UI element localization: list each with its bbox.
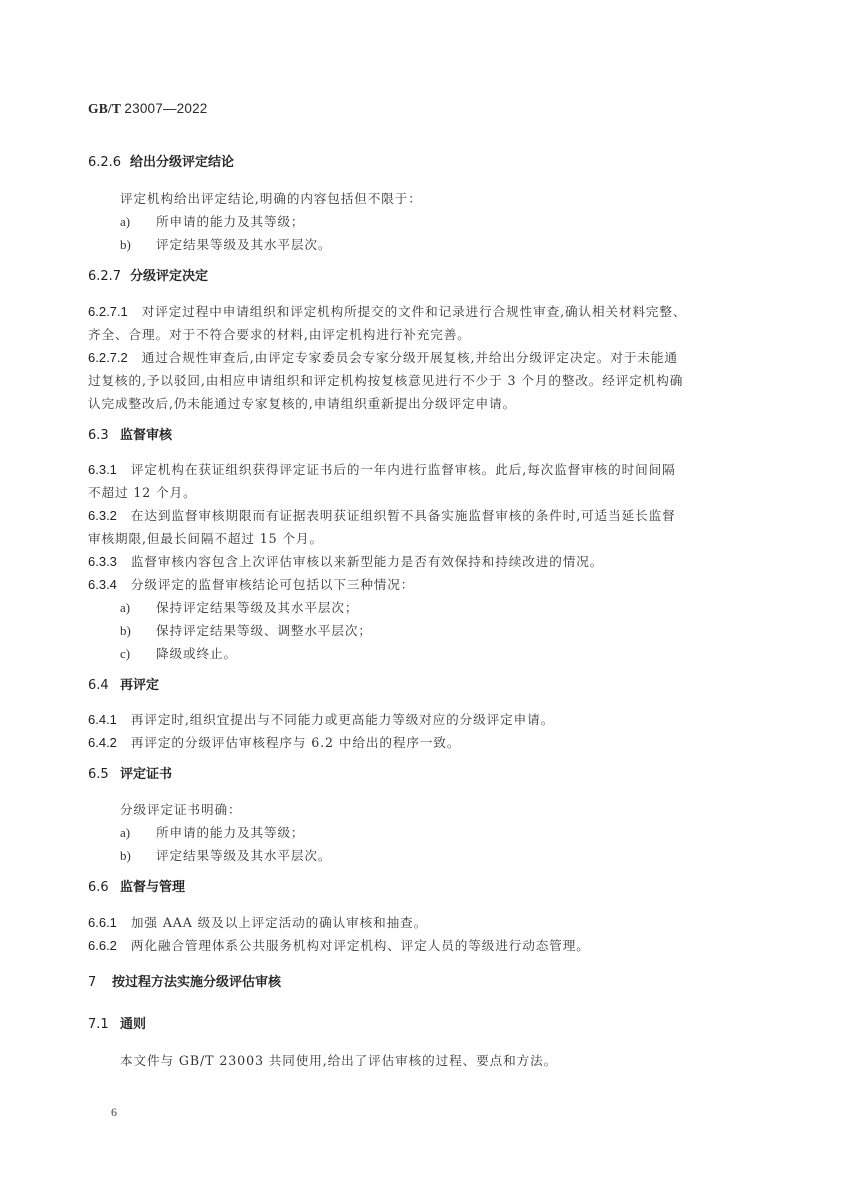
paragraph: 本文件与 GB/T 23003 共同使用,给出了评估审核的过程、要点和方法。 [120, 1050, 557, 1069]
document-page: GB/T 23007—2022 6.2.6给出分级评定结论 评定机构给出评定结论… [0, 0, 849, 1200]
clause-6-3-2: 6.3.2在达到监督审核期限而有证据表明获证组织暂不具备实施监督审核的条件时,可… [88, 505, 676, 524]
page-number: 6 [111, 1105, 117, 1120]
clause-line: 认完成整改后,仍未能通过专家复核的,申请组织重新提出分级评定申请。 [88, 393, 516, 412]
heading-6-4: 6.4再评定 [88, 674, 159, 693]
clause-6-2-7-1: 6.2.7.1对评定过程中申请组织和评定机构所提交的文件和记录进行合规性审查,确… [88, 301, 686, 320]
clause-line: 齐全、合理。对于不符合要求的材料,由评定机构进行补充完善。 [88, 324, 471, 343]
clause-6-3-4: 6.3.4分级评定的监督审核结论可包括以下三种情况： [88, 574, 414, 593]
clause-6-6-1: 6.6.1加强 AAA 级及以上评定活动的确认审核和抽查。 [88, 912, 427, 931]
clause-6-3-3: 6.3.3监督审核内容包含上次评估审核以来新型能力是否有效保持和持续改进的情况。 [88, 551, 603, 570]
list-item: b)保持评定结果等级、调整水平层次； [120, 620, 372, 639]
clause-line: 审核期限,但最长间隔不超过 15 个月。 [88, 528, 323, 547]
list-item: b)评定结果等级及其水平层次。 [120, 845, 331, 864]
heading-6-6: 6.6监督与管理 [88, 876, 185, 895]
list-item: b)评定结果等级及其水平层次。 [120, 234, 331, 253]
list-item: a)保持评定结果等级及其水平层次； [120, 597, 358, 616]
clause-line: 不超过 12 个月。 [88, 482, 197, 501]
standard-code: GB/T 23007—2022 [88, 101, 207, 117]
standard-code-number: 23007—2022 [124, 101, 207, 116]
clause-6-4-1: 6.4.1再评定时,组织宜提出与不同能力或更高能力等级对应的分级评定申请。 [88, 709, 554, 728]
standard-code-prefix: GB/T [88, 101, 121, 116]
clause-6-2-7-2: 6.2.7.2通过合规性审查后,由评定专家委员会专家分级开展复核,并给出分级评定… [88, 347, 678, 366]
heading-7-1: 7.1通则 [88, 1013, 146, 1032]
list-item: a)所申请的能力及其等级； [120, 211, 304, 230]
list-item: a)所申请的能力及其等级； [120, 822, 304, 841]
list-item: c)降级或终止。 [120, 643, 237, 662]
clause-6-4-2: 6.4.2再评定的分级评估审核程序与 6.2 中给出的程序一致。 [88, 732, 460, 751]
heading-6-2-6: 6.2.6给出分级评定结论 [88, 151, 234, 170]
heading-6-2-7: 6.2.7分级评定决定 [88, 265, 208, 284]
clause-6-3-1: 6.3.1评定机构在获证组织获得评定证书后的一年内进行监督审核。此后,每次监督审… [88, 459, 676, 478]
paragraph: 分级评定证书明确： [120, 799, 241, 818]
heading-7: 7按过程方法实施分级评估审核 [88, 971, 281, 990]
heading-6-3: 6.3监督审核 [88, 424, 172, 443]
clause-6-6-2: 6.6.2两化融合管理体系公共服务机构对评定机构、评定人员的等级进行动态管理。 [88, 935, 590, 954]
clause-line: 过复核的,予以驳回,由相应申请组织和评定机构按复核意见进行不少于 3 个月的整改… [88, 370, 683, 389]
paragraph: 评定机构给出评定结论,明确的内容包括但不限于： [120, 188, 422, 207]
heading-6-5: 6.5评定证书 [88, 763, 172, 782]
